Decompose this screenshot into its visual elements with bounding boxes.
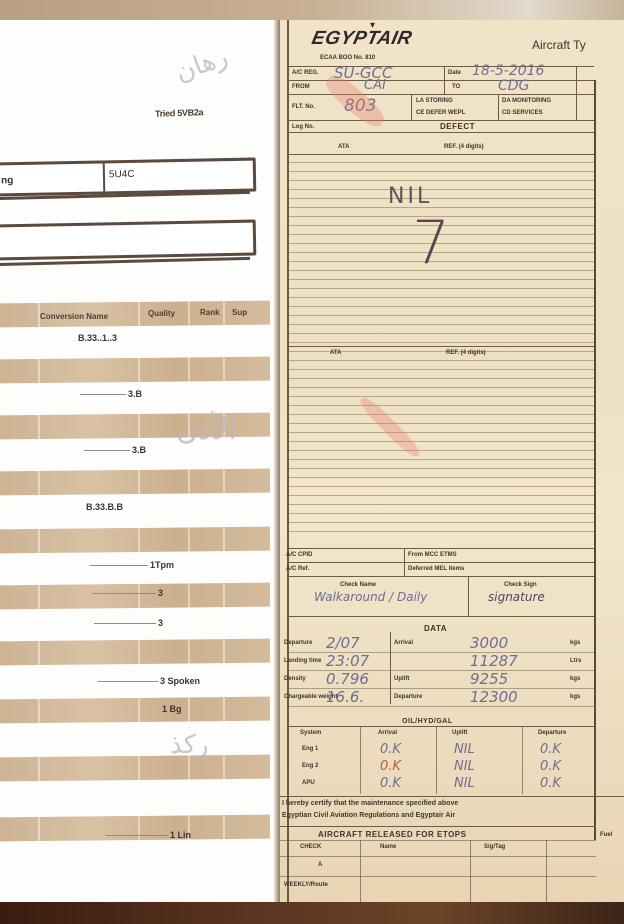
background-bottom xyxy=(0,902,624,924)
ruled-line xyxy=(289,342,594,343)
oil-column-header: System xyxy=(300,730,321,736)
check-name-value: Walkaround / Daily xyxy=(314,590,427,604)
data-value: 12300 xyxy=(470,688,518,706)
oil-column-header: Uplift xyxy=(452,730,467,736)
header-value: 5U4C xyxy=(109,169,135,180)
ruled-line xyxy=(289,432,594,433)
field-label: CE DEFER WEPL xyxy=(416,110,465,116)
column-header: Rank xyxy=(200,308,220,317)
ruled-line xyxy=(289,513,594,514)
data-unit: kgs xyxy=(570,694,580,700)
entry: 1 Bg xyxy=(162,704,182,714)
field-label: From MCC ETMS xyxy=(408,552,457,558)
field-label: A/C CPID xyxy=(286,552,312,558)
background-top xyxy=(0,0,624,20)
oil-value: 0.K xyxy=(380,742,401,757)
field-label: Deferred MEL items xyxy=(408,566,464,572)
ruled-line xyxy=(289,495,594,496)
field-label: Date xyxy=(448,70,461,76)
oil-value: 0.K xyxy=(540,759,561,774)
data-label: Departure xyxy=(394,694,422,700)
ata-label: ATA xyxy=(330,350,341,356)
field-label: FROM xyxy=(292,84,310,90)
data-label: Density xyxy=(284,676,306,682)
field-label: Log No. xyxy=(292,124,314,130)
entry: 3.B xyxy=(80,389,142,399)
ruled-line xyxy=(289,450,594,451)
column-header: Quality xyxy=(148,309,175,318)
header-box: ng 5U4C xyxy=(0,158,256,197)
ruled-line xyxy=(289,414,594,415)
entry: 3 xyxy=(92,588,163,598)
ruled-line xyxy=(289,531,594,532)
data-value: 0.796 xyxy=(326,670,369,688)
oil-value: 0.K xyxy=(540,776,561,791)
header-box xyxy=(0,220,256,261)
table-row-band xyxy=(0,755,270,782)
table-row-band xyxy=(0,357,270,384)
arabic-handwriting: الأدن xyxy=(176,412,237,447)
field-label: TO xyxy=(452,84,460,90)
arabic-handwriting: ركذ xyxy=(170,730,209,760)
data-label: Landing time xyxy=(284,658,321,664)
ruled-line xyxy=(289,405,594,406)
data-label: Arrival xyxy=(394,640,413,646)
release-column-header: CHECK xyxy=(300,844,321,850)
oil-value: NIL xyxy=(454,776,475,791)
entry: 1Tpm xyxy=(90,560,174,570)
entry: B.33..1..3 xyxy=(78,333,117,343)
oil-value: NIL xyxy=(454,742,475,757)
field-label: CD SERVICES xyxy=(502,110,543,116)
field-label: A/C REG. xyxy=(292,70,319,76)
field-label: Check Sign xyxy=(504,582,537,588)
release-row-label: WEEKLY/Route xyxy=(284,882,328,888)
certification-text: Egyptian Civil Aviation Regulations and … xyxy=(282,812,455,819)
arabic-handwriting: رهان xyxy=(171,42,231,88)
field-label: LA STORING xyxy=(416,98,453,104)
ruled-line xyxy=(289,279,594,280)
ruled-line xyxy=(289,324,594,325)
ruled-line xyxy=(289,477,594,478)
entry: 3 xyxy=(94,618,163,628)
field-label: Fuel xyxy=(600,832,612,838)
ruled-line xyxy=(289,297,594,298)
ruled-line xyxy=(289,441,594,442)
ruled-line xyxy=(289,396,594,397)
form-border xyxy=(287,20,289,902)
oil-column-header: Arrival xyxy=(378,730,397,736)
ruled-line xyxy=(289,306,594,307)
release-row-label: A xyxy=(318,862,322,868)
ruled-line xyxy=(289,387,594,388)
ruled-line xyxy=(289,198,594,199)
to-value: CDG xyxy=(498,78,529,94)
ruled-line xyxy=(289,171,594,172)
check-signature: signature xyxy=(488,590,545,604)
defect-title: DEFECT xyxy=(440,122,475,131)
ruled-line xyxy=(289,315,594,316)
from-value: CAI xyxy=(364,78,386,93)
oil-value: 0.K xyxy=(380,776,401,791)
oil-value: 0.K xyxy=(380,759,401,774)
data-value: 16.6. xyxy=(326,688,364,706)
data-value: 11287 xyxy=(470,652,518,670)
form-number: ECAA BOO No. 810 xyxy=(320,55,375,61)
certification-text: I hereby certify that the maintenance sp… xyxy=(282,800,458,807)
data-unit: kgs xyxy=(570,640,580,646)
field-label: A/C Ref. xyxy=(286,566,309,572)
ruled-line xyxy=(289,288,594,289)
entry: 1 Lin xyxy=(106,830,191,840)
ruled-line xyxy=(289,333,594,334)
ruled-line xyxy=(289,189,594,190)
ruled-line xyxy=(289,360,594,361)
oil-column-header: Departure xyxy=(538,730,566,736)
data-label: Uplift xyxy=(394,676,409,682)
table-row-band xyxy=(0,527,270,554)
ref-label: REF. (4 digits) xyxy=(446,350,486,356)
defect-text: NIL xyxy=(388,184,432,209)
ruled-line xyxy=(289,369,594,370)
table-row-band xyxy=(0,697,270,724)
cell-divider xyxy=(103,163,106,191)
table-row-band xyxy=(0,469,270,496)
table-row-band xyxy=(0,639,270,666)
data-value: 3000 xyxy=(470,634,508,652)
egyptair-logo: EGYPTAIR xyxy=(310,28,414,50)
left-document: رهان Tried 5VB2a ng 5U4C Conversion Name… xyxy=(0,20,277,902)
entry: B.33.B.B xyxy=(86,502,123,512)
techlog-document: ▾ EGYPTAIR Aircraft Ty ECAA BOO No. 810 … xyxy=(280,20,624,902)
header-label: ng xyxy=(1,175,13,186)
oil-value: 0.K xyxy=(540,742,561,757)
oil-system-label: Eng 1 xyxy=(302,746,318,752)
data-label: Departure xyxy=(284,640,312,646)
ruled-line xyxy=(289,504,594,505)
data-title: DATA xyxy=(424,624,447,633)
data-value: 23:07 xyxy=(326,652,369,670)
printed-tag: Tried 5VB2a xyxy=(155,107,203,119)
data-unit: kgs xyxy=(570,676,580,682)
ata-label: ATA xyxy=(338,144,349,150)
field-label: DA MONITORING xyxy=(502,98,551,104)
data-unit: Ltrs xyxy=(570,658,581,664)
column-header: Sup xyxy=(232,308,247,317)
date-value: 18-5-2016 xyxy=(472,63,544,79)
data-value: 2/07 xyxy=(326,634,360,652)
ruled-line xyxy=(289,522,594,523)
field-label: FLT. No. xyxy=(292,104,315,110)
ruled-line xyxy=(289,162,594,163)
entry: 3 Spoken xyxy=(98,676,200,686)
aircraft-type-label: Aircraft Ty xyxy=(532,38,586,52)
ruled-line xyxy=(289,423,594,424)
ruled-line xyxy=(289,378,594,379)
release-title: AIRCRAFT RELEASED FOR ETOPS xyxy=(318,830,466,839)
release-column-header: Name xyxy=(380,844,396,850)
field-label: Check Name xyxy=(340,582,376,588)
oil-value: NIL xyxy=(454,759,475,774)
oil-title: OIL/HYD/GAL xyxy=(402,718,453,725)
ruled-line xyxy=(289,459,594,460)
ruled-line xyxy=(289,486,594,487)
ruled-line xyxy=(289,468,594,469)
ruled-line xyxy=(289,180,594,181)
entry: 3.B xyxy=(84,445,146,455)
column-header: Conversion Name xyxy=(40,312,108,321)
ref-label: REF. (4 digits) xyxy=(444,144,484,150)
oil-system-label: Eng 2 xyxy=(302,763,318,769)
defect-mark: 7 xyxy=(412,208,450,278)
release-column-header: Sig/Tag xyxy=(484,844,505,850)
oil-system-label: APU xyxy=(302,780,315,786)
data-value: 9255 xyxy=(470,670,508,688)
